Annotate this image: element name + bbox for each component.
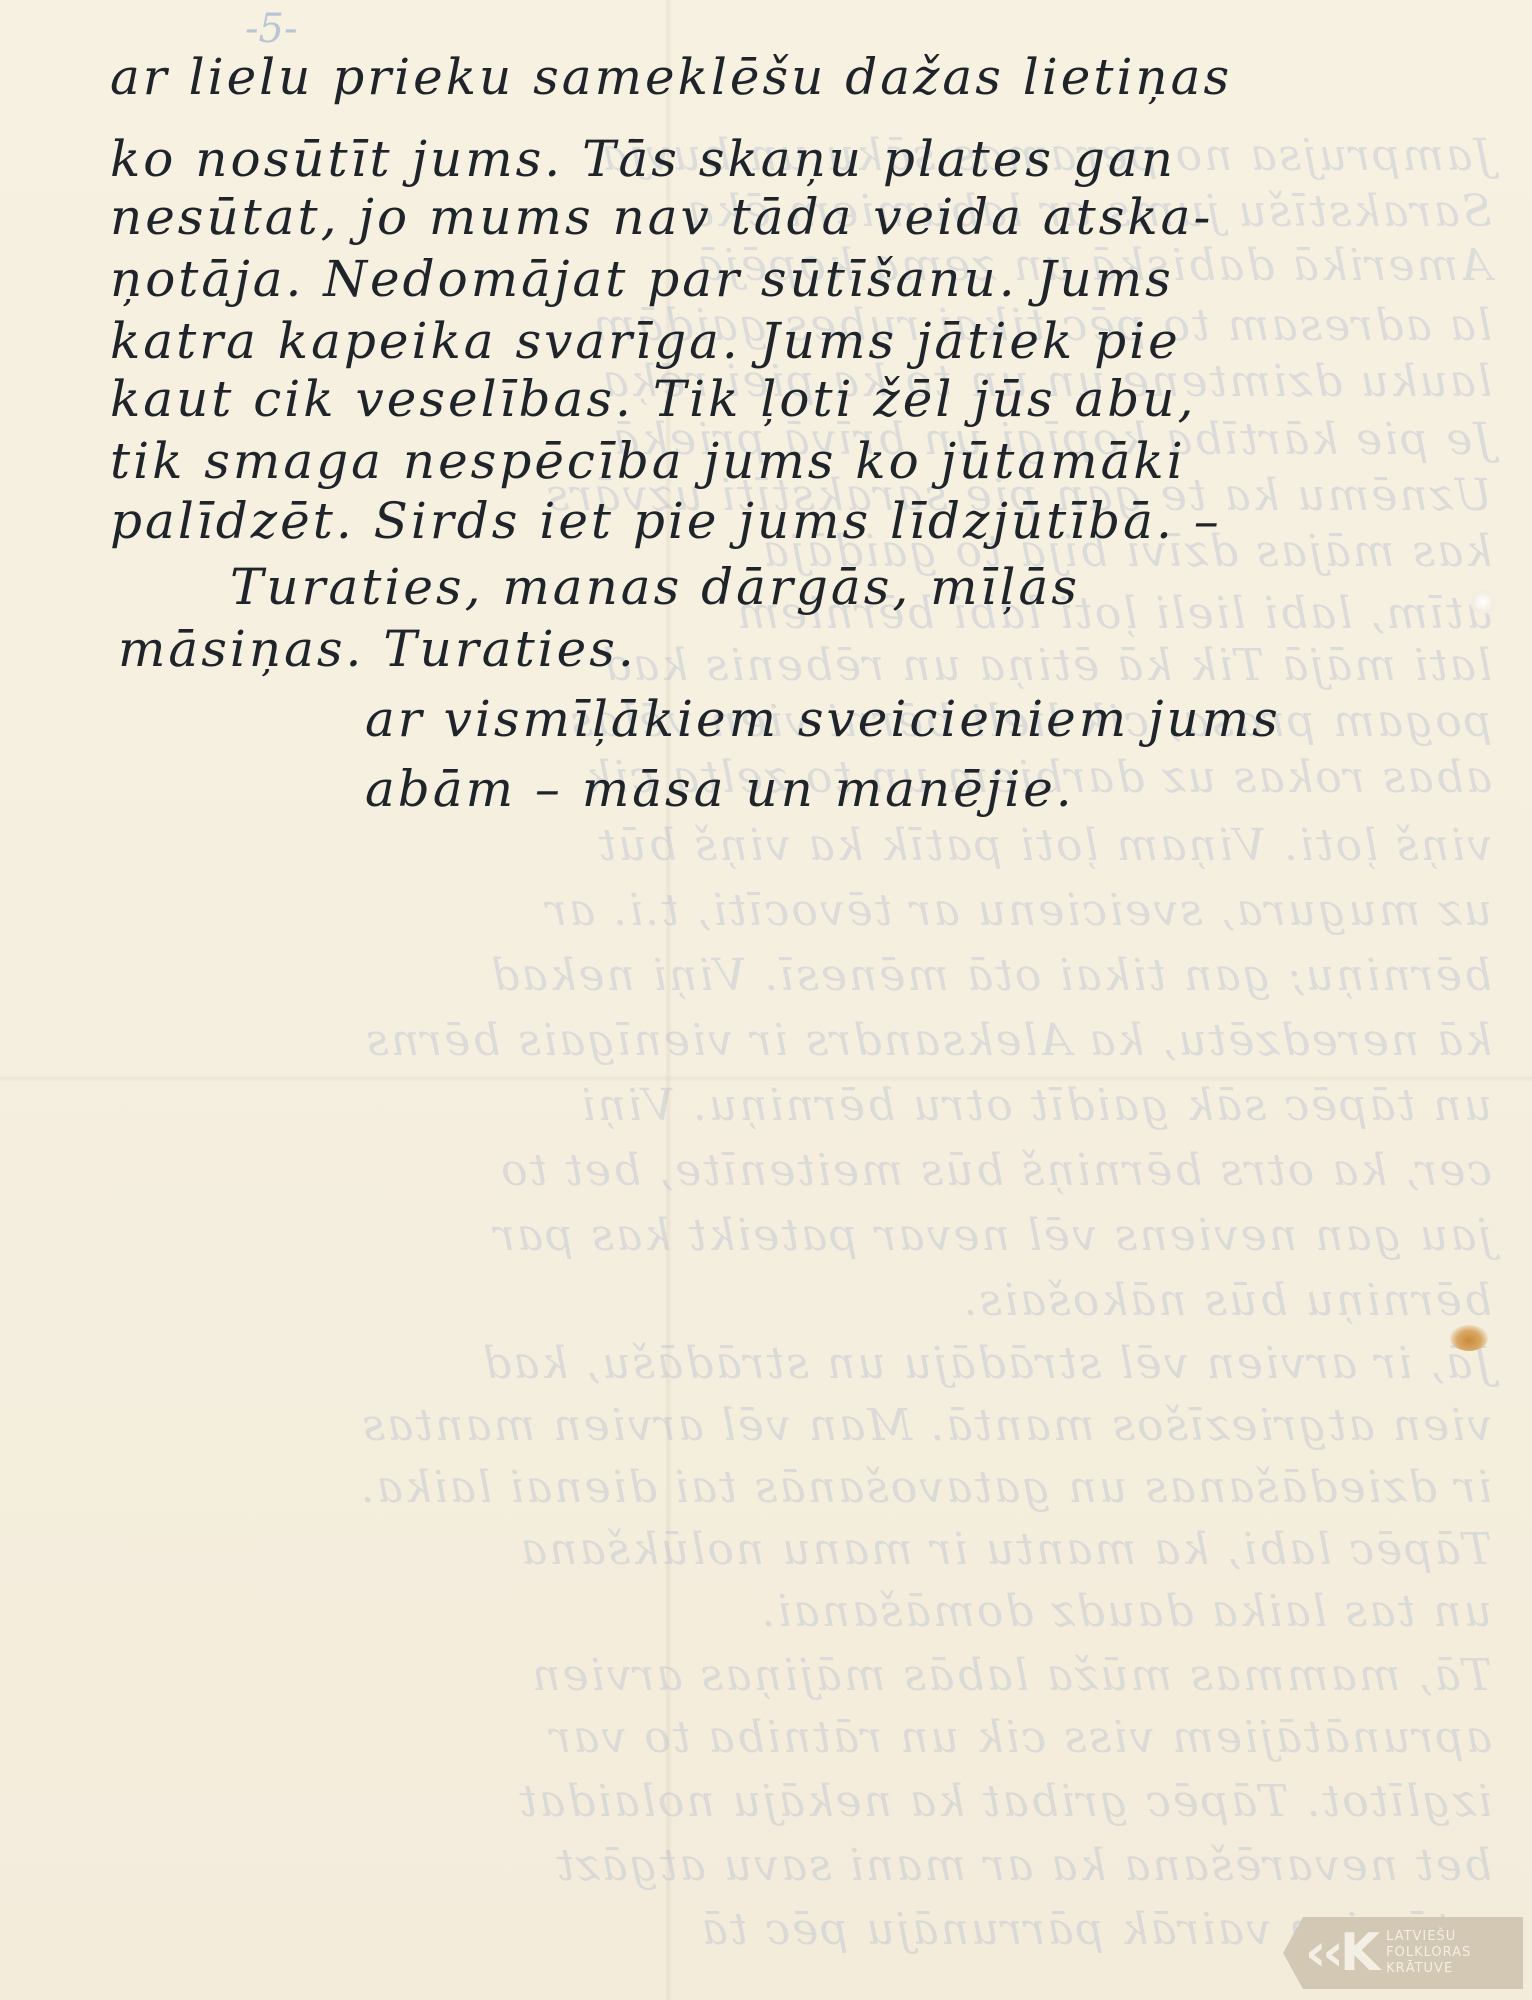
letter-line: māsiņas. Turaties. bbox=[118, 620, 637, 678]
paper-stain bbox=[1450, 1325, 1488, 1351]
letter-line: tik smaga nespēcība jums ko jūtamāki bbox=[110, 432, 1186, 490]
letter-line: ko nosūtīt jums. Tās skaņu plates gan bbox=[110, 130, 1176, 188]
letter-line: palīdzēt. Sirds iet pie jums līdzjūtībā.… bbox=[110, 492, 1222, 550]
logo-text-line: FOLKLORAS bbox=[1386, 1945, 1471, 1961]
paper-stain bbox=[1470, 590, 1496, 614]
signoff-line: ar vismīļākiem sveicieniem jums bbox=[365, 690, 1281, 748]
letter-line: ar lielu prieku sameklēšu dažas lietiņas bbox=[110, 48, 1232, 106]
letter-line: katra kapeika svarīga. Jums jātiek pie bbox=[110, 312, 1181, 370]
letter-line: Turaties, manas dārgās, mīļās bbox=[230, 558, 1080, 616]
letter-line: kaut cik veselības. Tik ļoti žēl jūs abu… bbox=[110, 370, 1196, 428]
logo-text-line: LATVIEŠU bbox=[1386, 1929, 1471, 1945]
logo-mark-icon: ‹‹K bbox=[1305, 1927, 1376, 1979]
logo-text: LATVIEŠU FOLKLORAS KRĀTUVE bbox=[1386, 1929, 1471, 1977]
logo-text-line: KRĀTUVE bbox=[1386, 1961, 1471, 1977]
letter-line: nesūtat, jo mums nav tāda veida atska- bbox=[110, 188, 1213, 246]
page-number: -5- bbox=[245, 6, 297, 52]
archive-watermark-logo: ‹‹K LATVIEŠU FOLKLORAS KRĀTUVE bbox=[1283, 1917, 1523, 1989]
signoff-line: abām – māsa un manējie. bbox=[365, 760, 1075, 818]
letter-line: ņotāja. Nedomājat par sūtīšanu. Jums bbox=[110, 250, 1174, 308]
